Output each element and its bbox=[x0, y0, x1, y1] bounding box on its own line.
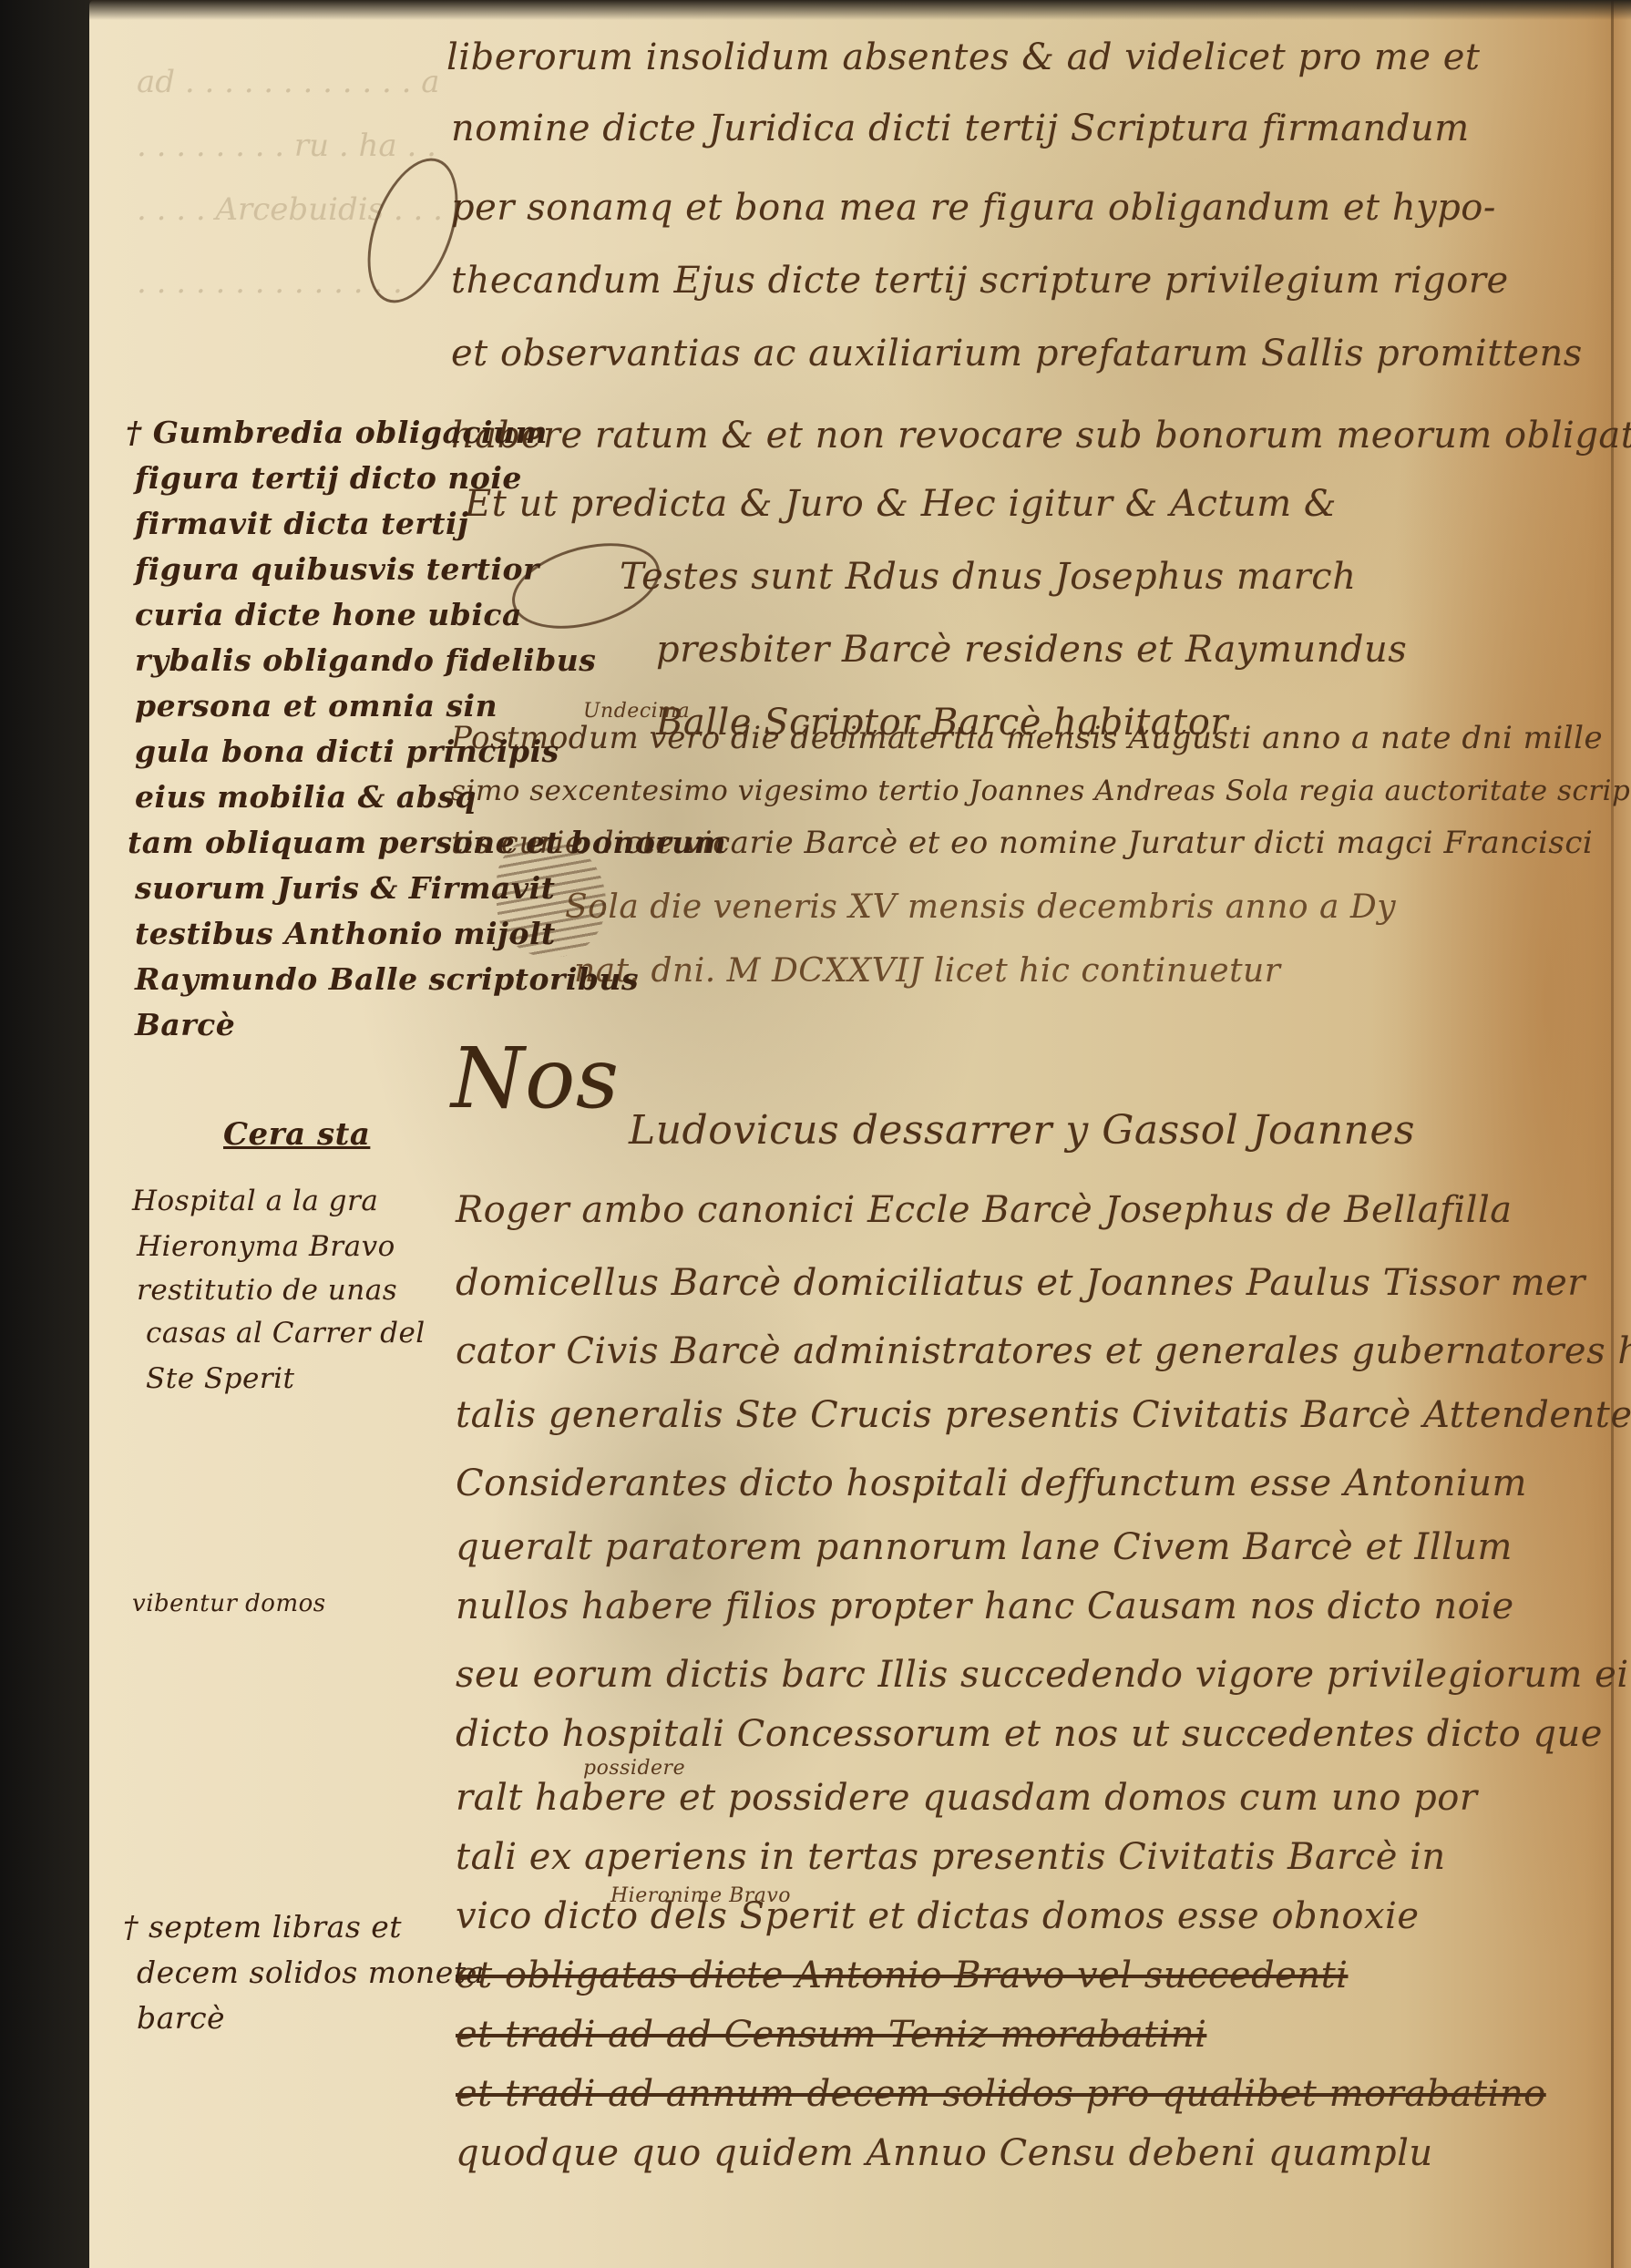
document-heading: Nos bbox=[451, 1030, 620, 1127]
text-line: simo sexcentesimo vigesimo tertio Joanne… bbox=[451, 775, 1631, 807]
margin-note-title: Cera sta bbox=[223, 1116, 370, 1153]
margin-note-line: persona et omnia sin bbox=[135, 688, 498, 724]
text-line: seu eorum dictis barc Illis succedendo v… bbox=[456, 1654, 1631, 1696]
top-shadow bbox=[89, 0, 1631, 20]
text-line: Ludovicus dessarrer y Gassol Joannes bbox=[629, 1107, 1415, 1154]
margin-note-line: barcè bbox=[137, 2000, 225, 2036]
margin-note-line: casas al Carrer del bbox=[146, 1317, 426, 1350]
text-line: ralt habere et possidere quasdam domos c… bbox=[456, 1777, 1477, 1819]
text-line: nomine dicte Juridica dicti tertij Scrip… bbox=[451, 108, 1470, 149]
margin-note-line: gula bona dicti principis bbox=[135, 734, 559, 769]
margin-note-line: curia dicte hone ubica bbox=[135, 597, 522, 632]
text-line: presbiter Barcè residens et Raymundus bbox=[656, 629, 1407, 671]
margin-note-line: Barcè bbox=[135, 1007, 235, 1042]
text-line: talis generalis Ste Crucis presentis Civ… bbox=[456, 1394, 1631, 1436]
text-line: et observantias ac auxiliarium prefataru… bbox=[451, 333, 1583, 375]
text-line: nullos habere filios propter hanc Causam… bbox=[456, 1586, 1514, 1627]
text-line: Roger ambo canonici Eccle Barcè Josephus… bbox=[456, 1189, 1513, 1231]
margin-note-line: testibus Anthonio mijolt bbox=[135, 916, 556, 951]
bleed-through-text: . . . . . . . . . . . . . . bbox=[137, 264, 403, 301]
text-line: queralt paratorem pannorum lane Civem Ba… bbox=[456, 1526, 1513, 1568]
margin-note-line: rybalis obligando fidelibus bbox=[135, 642, 596, 678]
margin-note-line: Hospital a la gra bbox=[132, 1185, 378, 1217]
text-line: tali ex aperiens in tertas presentis Civ… bbox=[456, 1836, 1446, 1878]
struck-text-line: et tradi ad annum decem solidos pro qual… bbox=[456, 2073, 1546, 2115]
margin-note-line: tam obliquam persone et bonorum bbox=[128, 825, 726, 860]
margin-note-line: vibentur domos bbox=[132, 1590, 326, 1617]
margin-note-line: firmavit dicta tertij bbox=[135, 506, 469, 541]
margin-note-line: † Gumbredia obligacium bbox=[126, 415, 548, 450]
text-line: nat. dni. M DCXXVIJ licet hic continuetu… bbox=[574, 952, 1280, 990]
text-line: Et ut predicta & Juro & Hec igitur & Act… bbox=[465, 483, 1337, 525]
text-line: Testes sunt Rdus dnus Josephus march bbox=[620, 556, 1356, 598]
margin-note-line: figura quibusvis tertior bbox=[135, 551, 539, 587]
text-line: quodque quo quidem Annuo Censu debeni qu… bbox=[456, 2132, 1433, 2174]
margin-note-line: Raymundo Balle scriptoribus bbox=[135, 961, 639, 997]
text-line: cator Civis Barcè administratores et gen… bbox=[456, 1330, 1631, 1372]
bleed-through-text: . . . . . . . . ru . ha . . bbox=[137, 128, 436, 164]
margin-note-line: decem solidos moneta bbox=[137, 1955, 485, 1990]
text-line: habere ratum & et non revocare sub bonor… bbox=[451, 415, 1631, 457]
margin-note-line: Hieronyma Bravo bbox=[137, 1230, 395, 1263]
next-page-edge bbox=[1614, 0, 1631, 2268]
text-line: domicellus Barcè domiciliatus et Joannes… bbox=[456, 1262, 1585, 1304]
book-binding bbox=[0, 0, 93, 2268]
text-line: vico dicto dels Sperit et dictas domos e… bbox=[456, 1895, 1420, 1937]
text-line: Postmodum vero die decimatertia mensis A… bbox=[451, 720, 1603, 756]
struck-text-line: et obligatas dicte Antonio Bravo vel suc… bbox=[456, 1955, 1348, 1996]
text-line: per sonamq et bona mea re figura obligan… bbox=[451, 187, 1496, 229]
margin-note-line: Ste Sperit bbox=[146, 1362, 295, 1395]
margin-note-line: suorum Juris & Firmavit bbox=[135, 870, 555, 906]
margin-note-line: figura tertij dicto noie bbox=[135, 460, 522, 496]
text-line: thecandum Ejus dicte tertij scripture pr… bbox=[451, 260, 1509, 302]
interlinear-insertion: Hieronime Bravo bbox=[610, 1884, 791, 1907]
text-line: dicto hospitali Concessorum et nos ut su… bbox=[456, 1713, 1603, 1755]
text-line: Sola die veneris XV mensis decembris ann… bbox=[565, 888, 1396, 926]
margin-note-line: restitutio de unas bbox=[137, 1274, 397, 1307]
bleed-through-text: ad . . . . . . . . . . . . a bbox=[137, 64, 440, 100]
struck-text-line: et tradi ad ad Censum Teniz morabatini bbox=[456, 2014, 1206, 2056]
text-line: Considerantes dicto hospitali deffunctum… bbox=[456, 1462, 1527, 1504]
text-line: liberorum insolidum absentes & ad videli… bbox=[446, 36, 1480, 78]
margin-note-line: eius mobilia & absq bbox=[135, 779, 477, 815]
margin-note-line: † septem libras et bbox=[123, 1909, 402, 1945]
